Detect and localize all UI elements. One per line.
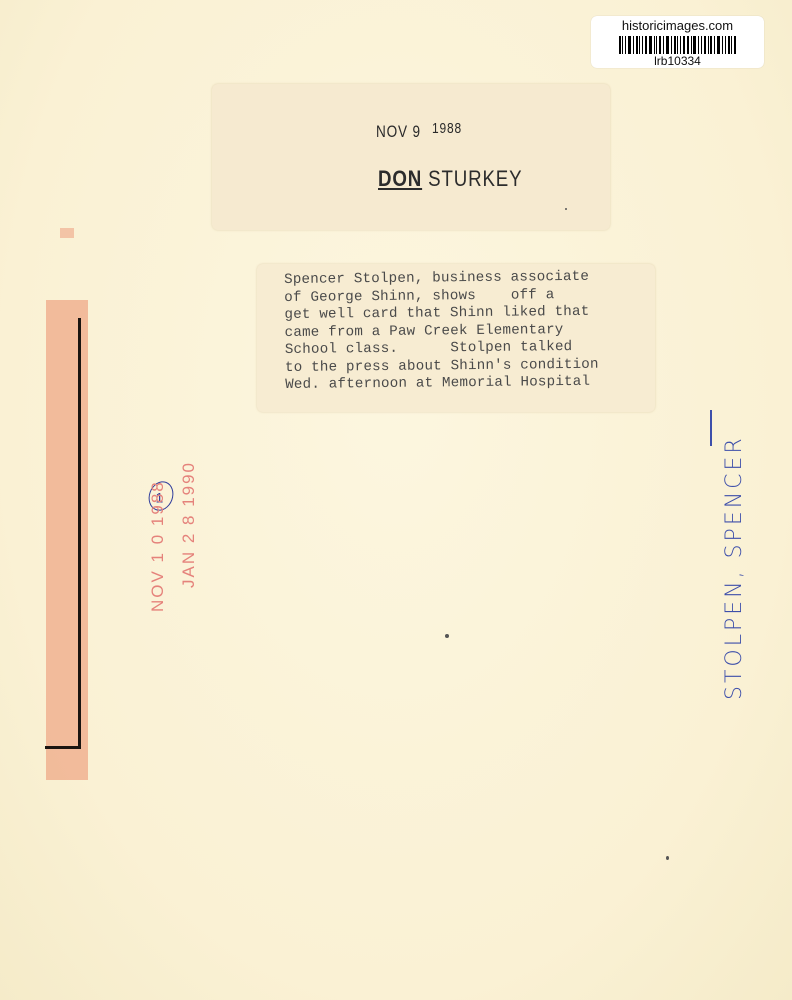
label-site-text: historicimages.com xyxy=(591,19,764,33)
date-stamp: NOV 91988 xyxy=(376,122,462,142)
handwritten-underline xyxy=(710,410,712,446)
speck xyxy=(445,634,449,638)
barcode-label: historicimages.com lrb10334 xyxy=(591,16,764,68)
crop-mark-bracket xyxy=(45,318,81,749)
caption-text: Spencer Stolpen, business associate of G… xyxy=(284,268,665,394)
photographer-last-name: STURKEY xyxy=(428,166,522,191)
received-date-stamp: NOV 1 0 1988 xyxy=(148,480,168,612)
photographer-first-name: DON xyxy=(378,166,422,191)
photographer-slip xyxy=(212,84,610,230)
second-date-stamp: JAN 2 8 1990 xyxy=(179,461,199,588)
barcode-icon xyxy=(619,36,737,54)
speck xyxy=(666,856,669,860)
speck xyxy=(565,208,567,210)
label-id-text: lrb10334 xyxy=(591,55,764,68)
handwritten-name: STOLPEN, SPENCER xyxy=(722,435,747,700)
photographer-stamp: DON STURKEY xyxy=(378,166,522,192)
date-stamp-year: 1988 xyxy=(432,120,462,137)
tape-fragment xyxy=(60,228,74,238)
date-stamp-month-day: NOV 9 xyxy=(376,122,421,141)
